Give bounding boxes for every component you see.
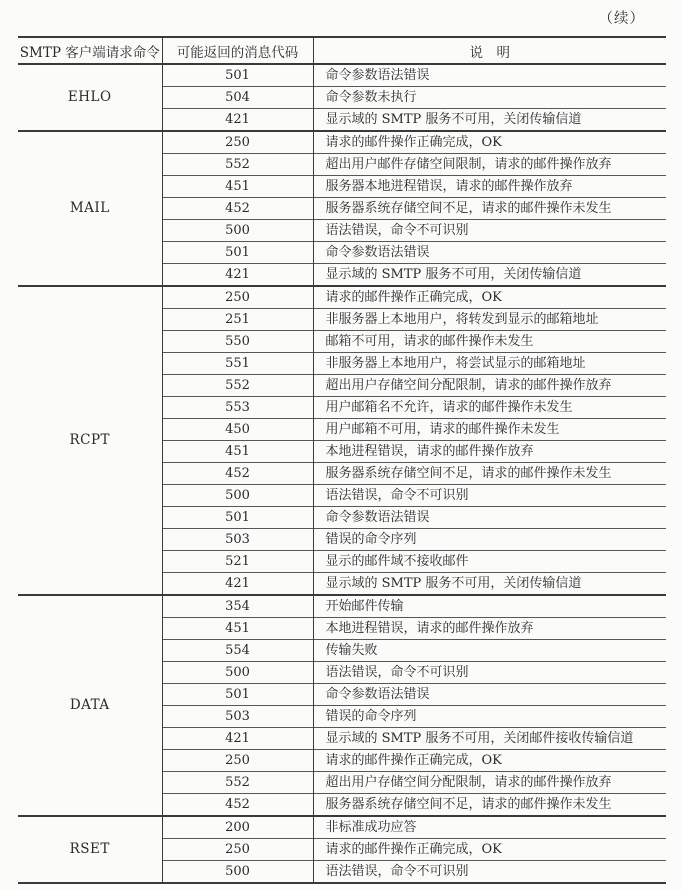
description-cell: 显示的邮件域不接收邮件 — [313, 551, 666, 573]
description-cell: 超出用户存储空间分配限制，请求的邮件操作放弃 — [313, 375, 666, 397]
reply-code-cell: 354 — [162, 595, 313, 618]
reply-code-cell: 501 — [162, 64, 313, 87]
reply-code-cell: 500 — [162, 662, 313, 684]
description-cell: 超出用户存储空间分配限制，请求的邮件操作放弃 — [313, 772, 666, 794]
description-cell: 语法错误，命令不可识别 — [313, 220, 666, 242]
table-row: MAIL250请求的邮件操作正确完成，OK — [18, 131, 666, 154]
description-cell: 请求的邮件操作正确完成，OK — [313, 750, 666, 772]
description-cell: 开始邮件传输 — [313, 595, 666, 618]
column-header-command: SMTP 客户端请求命令 — [18, 37, 162, 64]
reply-code-cell: 552 — [162, 154, 313, 176]
reply-code-cell: 500 — [162, 220, 313, 242]
description-cell: 命令参数语法错误 — [313, 507, 666, 529]
reply-code-cell: 550 — [162, 331, 313, 353]
reply-code-cell: 451 — [162, 441, 313, 463]
reply-code-cell: 250 — [162, 286, 313, 309]
reply-code-cell: 451 — [162, 176, 313, 198]
description-cell: 显示域的 SMTP 服务不可用，关闭邮件接收传输信道 — [313, 728, 666, 750]
description-cell: 非标准成功应答 — [313, 816, 666, 839]
reply-code-cell: 504 — [162, 87, 313, 109]
reply-code-cell: 551 — [162, 353, 313, 375]
description-cell: 显示域的 SMTP 服务不可用，关闭传输信道 — [313, 109, 666, 132]
reply-code-cell: 421 — [162, 728, 313, 750]
table-row: RCPT250请求的邮件操作正确完成，OK — [18, 286, 666, 309]
header-row: SMTP 客户端请求命令 可能返回的消息代码 说 明 — [18, 37, 666, 64]
reply-code-cell: 421 — [162, 109, 313, 132]
smtp-reply-codes-table: SMTP 客户端请求命令 可能返回的消息代码 说 明 EHLO501命令参数语法… — [18, 36, 666, 884]
description-cell: 服务器系统存储空间不足，请求的邮件操作未发生 — [313, 794, 666, 817]
table-body: EHLO501命令参数语法错误504命令参数未执行421显示域的 SMTP 服务… — [18, 64, 666, 883]
reply-code-cell: 451 — [162, 618, 313, 640]
description-cell: 邮箱不可用，请求的邮件操作未发生 — [313, 331, 666, 353]
reply-code-cell: 501 — [162, 684, 313, 706]
description-cell: 请求的邮件操作正确完成，OK — [313, 839, 666, 861]
description-cell: 显示域的 SMTP 服务不可用，关闭传输信道 — [313, 264, 666, 287]
description-cell: 语法错误，命令不可识别 — [313, 485, 666, 507]
reply-code-cell: 421 — [162, 573, 313, 596]
reply-code-cell: 503 — [162, 706, 313, 728]
reply-code-cell: 452 — [162, 794, 313, 817]
description-cell: 本地进程错误，请求的邮件操作放弃 — [313, 618, 666, 640]
table-row: DATA354开始邮件传输 — [18, 595, 666, 618]
book-page: （续） SMTP 客户端请求命令 可能返回的消息代码 说 明 EHLO501命令… — [0, 0, 681, 891]
table-row: EHLO501命令参数语法错误 — [18, 64, 666, 87]
reply-code-cell: 421 — [162, 264, 313, 287]
description-cell: 服务器系统存储空间不足，请求的邮件操作未发生 — [313, 463, 666, 485]
column-header-code: 可能返回的消息代码 — [162, 37, 313, 64]
description-cell: 错误的命令序列 — [313, 706, 666, 728]
description-cell: 用户邮箱不可用，请求的邮件操作未发生 — [313, 419, 666, 441]
description-cell: 服务器本地进程错误，请求的邮件操作放弃 — [313, 176, 666, 198]
reply-code-cell: 452 — [162, 463, 313, 485]
description-cell: 超出用户邮件存储空间限制，请求的邮件操作放弃 — [313, 154, 666, 176]
description-cell: 请求的邮件操作正确完成，OK — [313, 286, 666, 309]
reply-code-cell: 554 — [162, 640, 313, 662]
reply-code-cell: 200 — [162, 816, 313, 839]
description-cell: 传输失败 — [313, 640, 666, 662]
description-cell: 服务器系统存储空间不足，请求的邮件操作未发生 — [313, 198, 666, 220]
reply-code-cell: 503 — [162, 529, 313, 551]
description-cell: 语法错误，命令不可识别 — [313, 662, 666, 684]
description-cell: 语法错误，命令不可识别 — [313, 861, 666, 884]
description-cell: 命令参数语法错误 — [313, 64, 666, 87]
column-header-description: 说 明 — [313, 37, 666, 64]
reply-code-cell: 250 — [162, 750, 313, 772]
reply-code-cell: 553 — [162, 397, 313, 419]
description-cell: 命令参数语法错误 — [313, 684, 666, 706]
reply-code-cell: 501 — [162, 242, 313, 264]
description-cell: 命令参数未执行 — [313, 87, 666, 109]
command-cell: MAIL — [18, 131, 162, 286]
continued-label: （续） — [599, 7, 646, 28]
command-cell: RSET — [18, 816, 162, 883]
command-cell: DATA — [18, 595, 162, 816]
command-cell: RCPT — [18, 286, 162, 595]
command-cell: EHLO — [18, 64, 162, 131]
reply-code-cell: 521 — [162, 551, 313, 573]
reply-code-cell: 250 — [162, 131, 313, 154]
description-cell: 命令参数语法错误 — [313, 242, 666, 264]
description-cell: 本地进程错误，请求的邮件操作放弃 — [313, 441, 666, 463]
description-cell: 用户邮箱名不允许，请求的邮件操作未发生 — [313, 397, 666, 419]
reply-code-cell: 500 — [162, 861, 313, 884]
reply-code-cell: 250 — [162, 839, 313, 861]
reply-code-cell: 552 — [162, 772, 313, 794]
reply-code-cell: 552 — [162, 375, 313, 397]
reply-code-cell: 251 — [162, 309, 313, 331]
description-cell: 非服务器上本地用户，将尝试显示的邮箱地址 — [313, 353, 666, 375]
reply-code-cell: 501 — [162, 507, 313, 529]
description-cell: 错误的命令序列 — [313, 529, 666, 551]
reply-code-cell: 452 — [162, 198, 313, 220]
description-cell: 显示域的 SMTP 服务不可用，关闭传输信道 — [313, 573, 666, 596]
table-row: RSET200非标准成功应答 — [18, 816, 666, 839]
description-cell: 非服务器上本地用户，将转发到显示的邮箱地址 — [313, 309, 666, 331]
reply-code-cell: 450 — [162, 419, 313, 441]
reply-code-cell: 500 — [162, 485, 313, 507]
description-cell: 请求的邮件操作正确完成，OK — [313, 131, 666, 154]
